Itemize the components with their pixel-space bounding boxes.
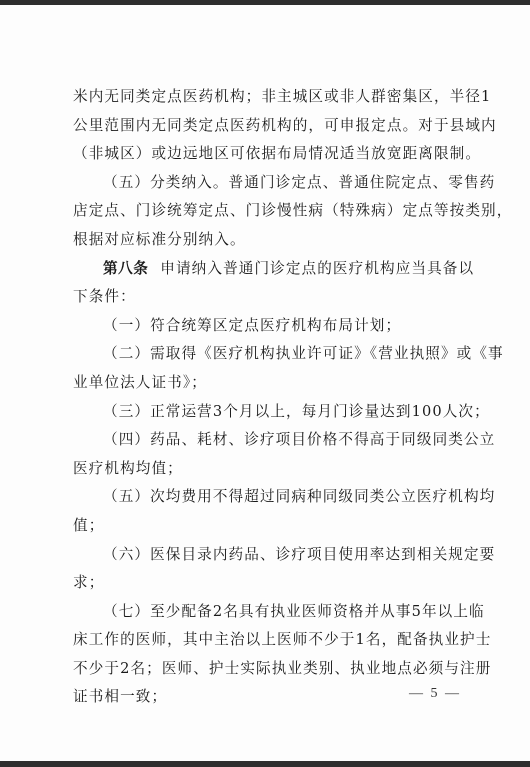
condition-item-7: （七）至少配备2名具有执业医师资格并从事5年以上临: [73, 601, 459, 630]
text-line: 值；: [73, 515, 459, 544]
text-line: 业单位法人证书》；: [73, 372, 459, 401]
top-toolbar-edge: [0, 0, 530, 5]
condition-item-3: （三）正常运营3个月以上，每月门诊量达到100人次；: [73, 401, 459, 430]
text-line: 米内无同类定点医药机构；非主城区或非人群密集区，半径1: [73, 86, 459, 115]
article-heading-line: 第八条申请纳入普通门诊定点的医疗机构应当具备以: [73, 258, 459, 287]
document-viewer: 米内无同类定点医药机构；非主城区或非人群密集区，半径1 公里范围内无同类定点医药…: [0, 0, 530, 767]
article-label: 第八条: [103, 260, 148, 277]
article-text: 申请纳入普通门诊定点的医疗机构应当具备以: [160, 260, 474, 277]
text-line: 下条件：: [73, 286, 459, 315]
text-line: 求；: [73, 572, 459, 601]
condition-item-4: （四）药品、耗材、诊疗项目价格不得高于同级同类公立: [73, 429, 459, 458]
text-line: 医疗机构均值；: [73, 458, 459, 487]
condition-item-6: （六）医保目录内药品、诊疗项目使用率达到相关规定要: [73, 544, 459, 573]
condition-item-1: （一）符合统筹区定点医疗机构布局计划；: [73, 315, 459, 344]
condition-item-5: （五）次均费用不得超过同病种同级同类公立医疗机构均: [73, 486, 459, 515]
text-line: （非城区）或边远地区可依据布局情况适当放宽距离限制。: [73, 143, 459, 172]
text-line: 公里范围内无同类定点医药机构的，可申报定点。对于县域内: [73, 115, 459, 144]
text-line: 不少于2名；医师、护士实际执业类别、执业地点必须与注册: [73, 658, 459, 687]
text-line: 证书相一致；: [73, 686, 459, 715]
text-line: 店定点、门诊统筹定点、门诊慢性病（特殊病）定点等按类别，: [73, 200, 459, 229]
page-number: — 5 —: [409, 686, 461, 702]
document-page: 米内无同类定点医药机构；非主城区或非人群密集区，半径1 公里范围内无同类定点医药…: [73, 86, 459, 715]
bottom-toolbar-edge: [0, 761, 530, 767]
text-line: 床工作的医师，其中主治以上医师不少于1名，配备执业护士: [73, 629, 459, 658]
text-line: 根据对应标准分别纳入。: [73, 229, 459, 258]
condition-item-2: （二）需取得《医疗机构执业许可证》《营业执照》或《事: [73, 343, 459, 372]
text-line: （五）分类纳入。普通门诊定点、普通住院定点、零售药: [73, 172, 459, 201]
